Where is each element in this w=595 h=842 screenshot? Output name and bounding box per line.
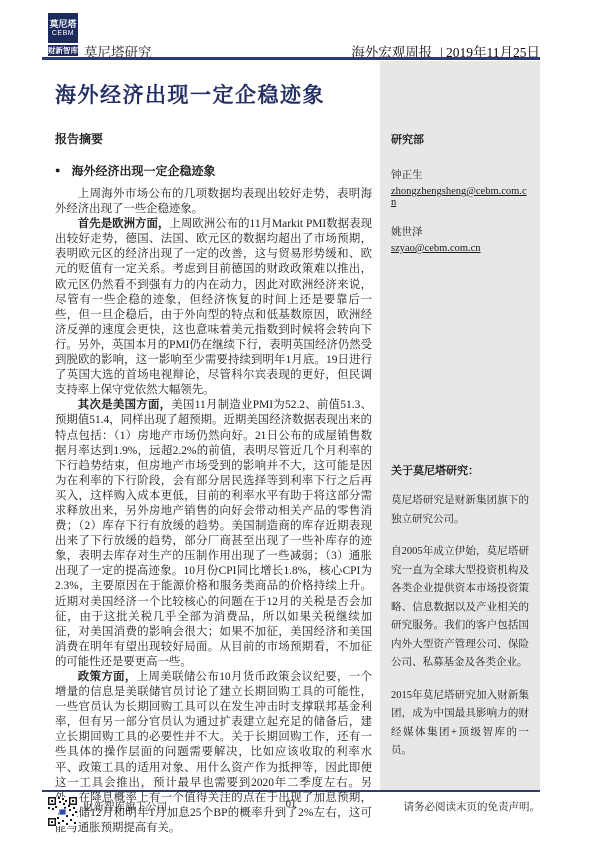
sidebar: 研究部 钟正生 zhongzhengsheng@cebm.com.cn 姚世泽 …	[380, 61, 540, 790]
contact-item: 钟正生 zhongzhengsheng@cebm.com.cn	[391, 167, 529, 208]
contact-name: 姚世泽	[391, 224, 529, 239]
report-body: 报告摘要 ● 海外经济出现一定企稳迹象 上周海外市场公布的几项数据均表现出较好走…	[55, 130, 372, 836]
paragraph-text: 上周欧洲公布的11月Markit PMI数据表现出较好走势，德国、法国、欧元区的…	[55, 218, 372, 396]
paragraph-text: 美国11月制造业PMI为52.2、前值51.3、预期值51.4，同样出现了超预期…	[55, 399, 372, 668]
contact-item: 姚世泽 szyao@cebm.com.cn	[391, 224, 529, 254]
about-paragraph: 自2005年成立伊始，莫尼塔研究一直为全球大型投资机构及各类企业提供资本市场投资…	[391, 543, 529, 673]
summary-paragraph: 其次是美国方面，美国11月制造业PMI为52.2、前值51.3、预期值51.4，…	[55, 398, 372, 670]
bullet-icon: ●	[55, 166, 60, 175]
paragraph-lead: 其次是美国方面，	[78, 399, 172, 411]
contact-email-link[interactable]: zhongzhengsheng@cebm.com.cn	[391, 186, 529, 208]
contact-email-link[interactable]: szyao@cebm.com.cn	[391, 243, 529, 254]
about-paragraph: 莫尼塔研究是财新集团旗下的独立研究公司。	[391, 492, 529, 529]
summary-paragraph: 上周海外市场公布的几项数据均表现出较好走势，表明海外经济出现了一些企稳迹象。	[55, 187, 372, 217]
header-rule	[42, 57, 540, 60]
summary-paragraph: 首先是欧洲方面，上周欧洲公布的11月Markit PMI数据表现出较好走势，德国…	[55, 217, 372, 398]
footer-rule	[42, 790, 540, 792]
page-title: 海外经济出现一定企稳迹象	[55, 79, 395, 109]
logo-name-cn: 莫尼塔	[49, 20, 76, 29]
about-heading: 关于莫尼塔研究：	[391, 462, 529, 478]
paragraph-text: 上周海外市场公布的几项数据均表现出较好走势，表明海外经济出现了一些企稳迹象。	[55, 188, 372, 215]
report-page: 莫尼塔 CEBM 财新智库 莫尼塔研究 海外宏观周报|2019年11月25日 海…	[0, 0, 595, 842]
contact-name: 钟正生	[391, 167, 529, 182]
about-paragraph: 2015年莫尼塔研究加入财新集团，成为中国最具影响力的财经媒体集团+顶级智库的一…	[391, 687, 529, 761]
summary-bullet-heading: ● 海外经济出现一定企稳迹象	[55, 162, 372, 179]
about-section: 莫尼塔研究是财新集团旗下的独立研究公司。 自2005年成立伊始，莫尼塔研究一直为…	[391, 492, 529, 761]
summary-bullet-heading-text: 海外经济出现一定企稳迹象	[71, 162, 215, 179]
summary-label: 报告摘要	[55, 130, 372, 147]
footer-disclaimer: 请务必阅读末页的免责声明。	[42, 799, 540, 814]
monita-logo: 莫尼塔 CEBM	[48, 13, 78, 43]
logo-name-en: CEBM	[52, 30, 74, 37]
paragraph-lead: 首先是欧洲方面，	[78, 218, 170, 230]
paragraph-lead: 政策方面，	[78, 671, 137, 683]
research-dept-heading: 研究部	[391, 131, 529, 147]
